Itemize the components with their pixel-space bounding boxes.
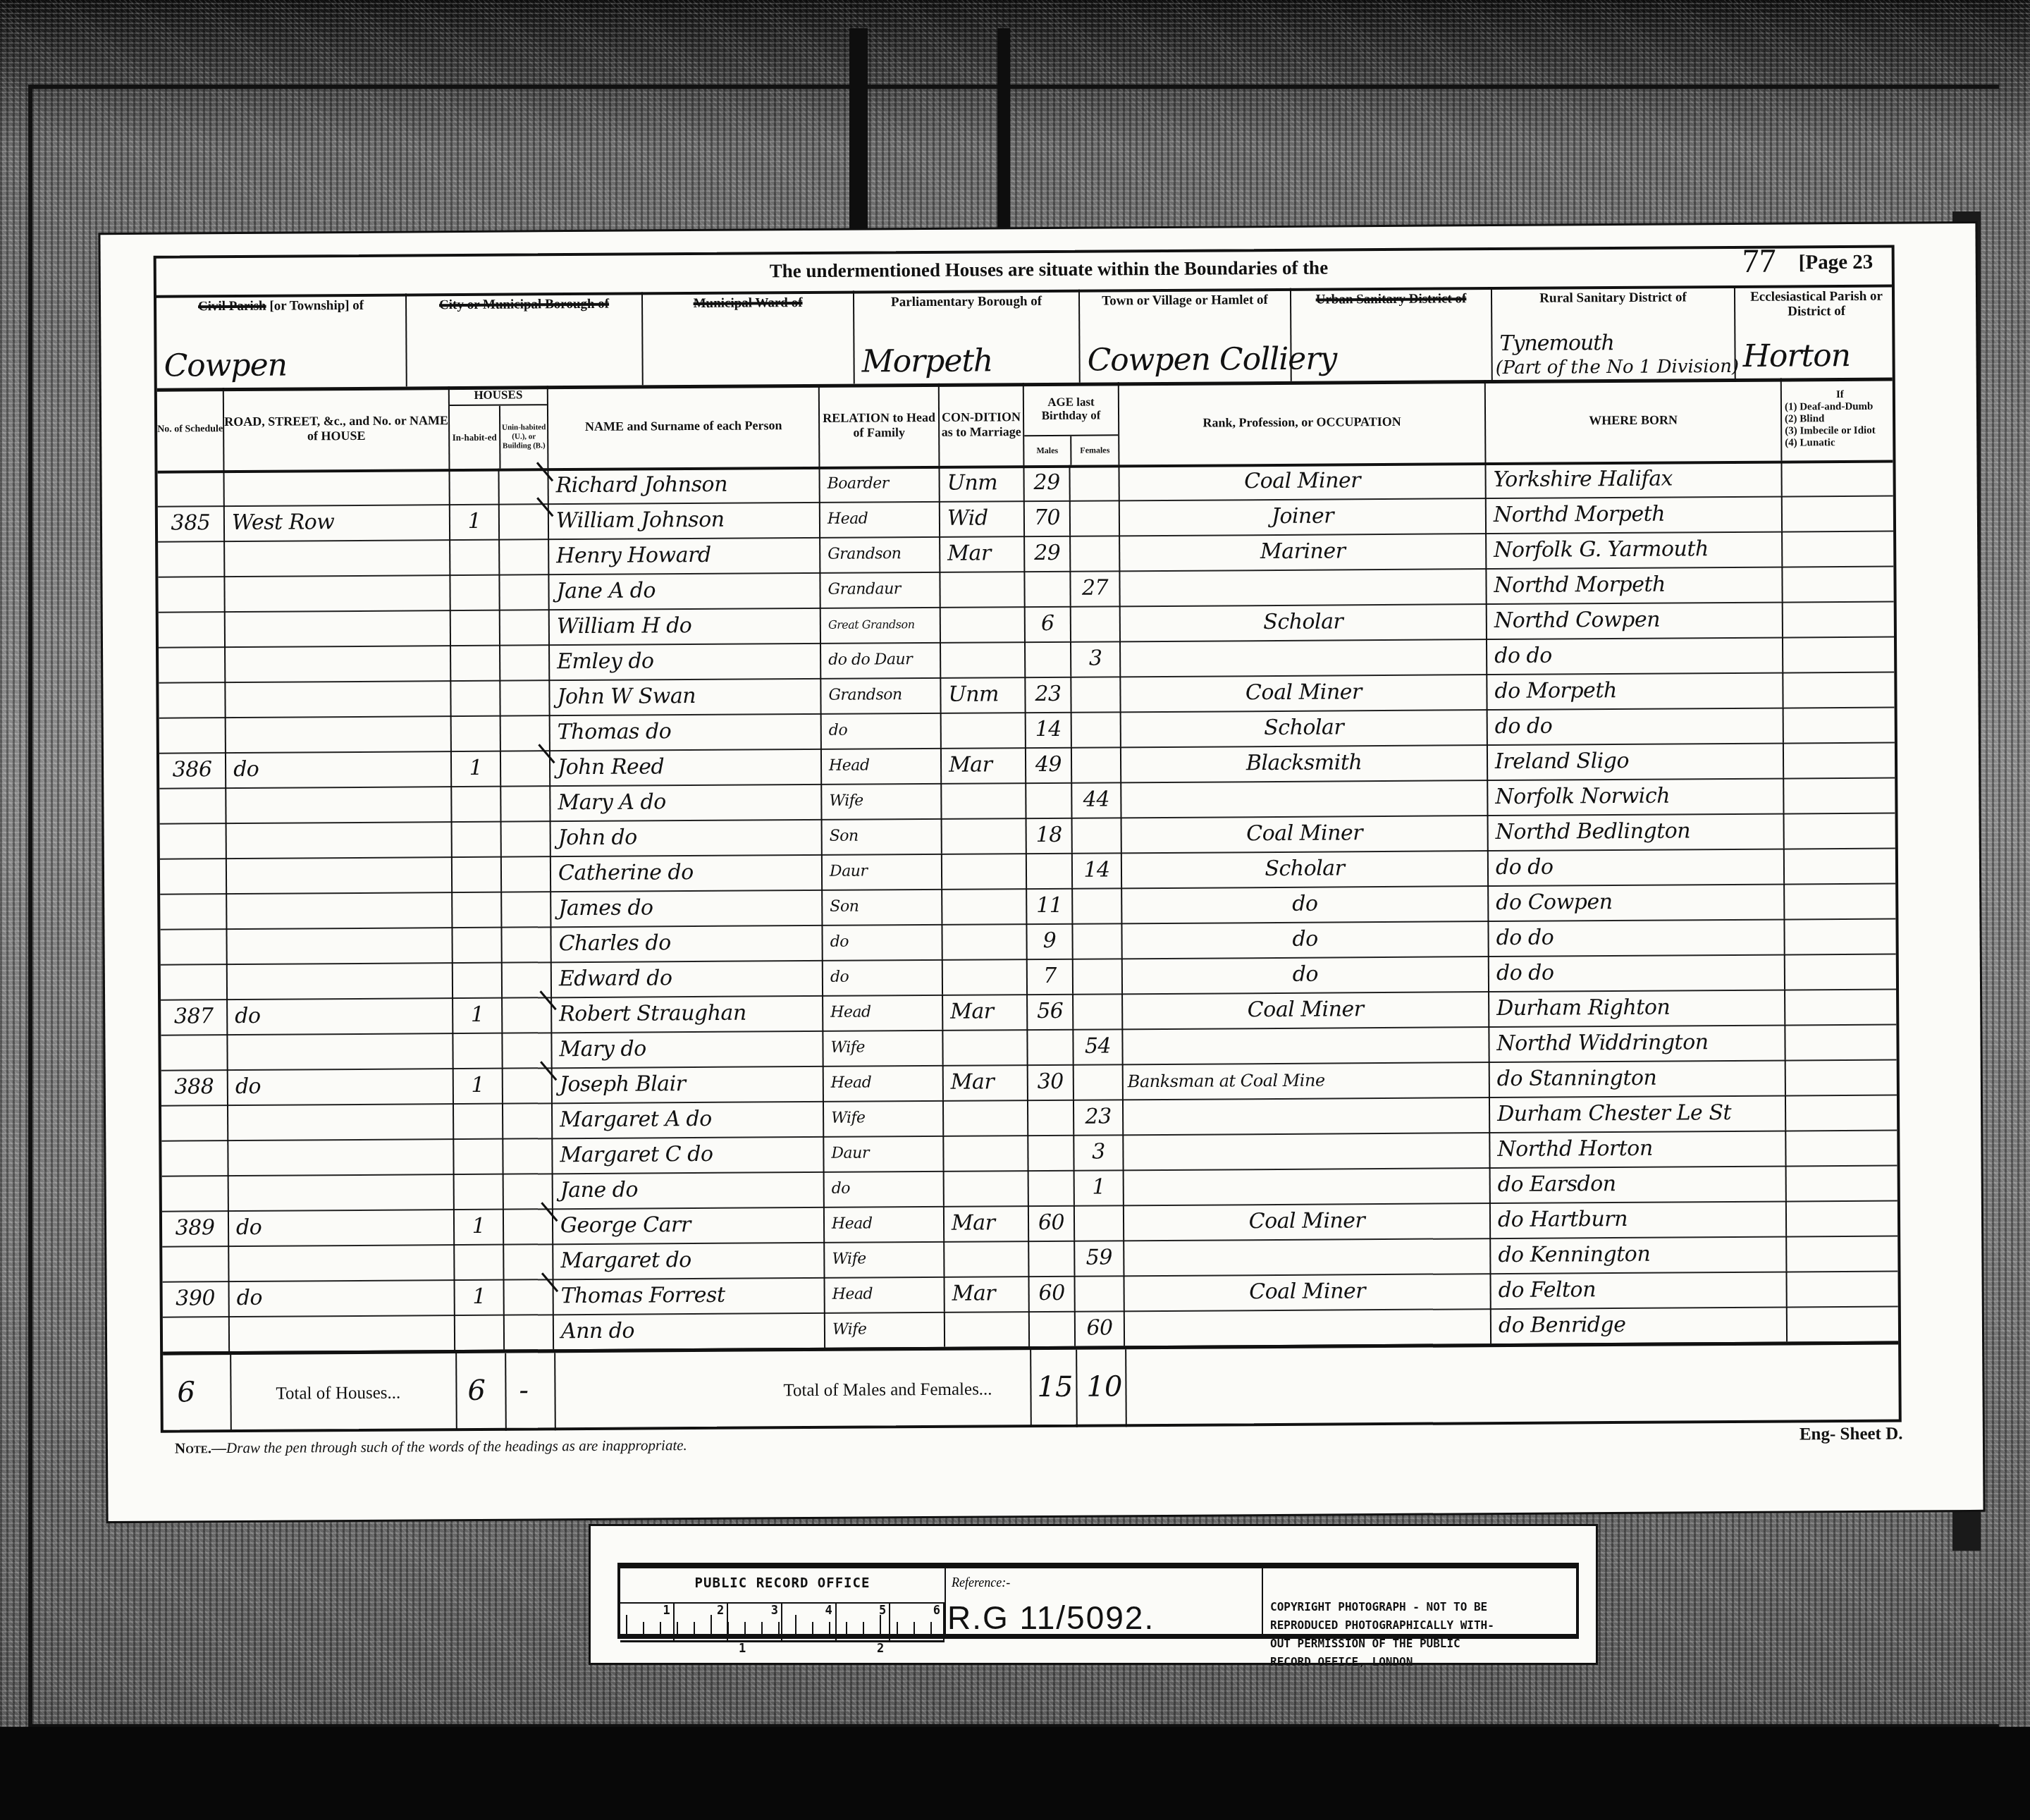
total-males: 15 xyxy=(1037,1371,1073,1403)
house-inhabited xyxy=(453,892,502,927)
scale-tick xyxy=(677,1622,678,1639)
scale-tick xyxy=(727,1622,729,1639)
road-name: do xyxy=(229,1209,455,1246)
copyright-line: COPYRIGHT PHOTOGRAPH - NOT TO BE xyxy=(1270,1598,1494,1616)
road-name xyxy=(227,856,453,893)
schedule-number: 386 xyxy=(159,752,226,788)
schedule-number: 389 xyxy=(162,1210,229,1246)
boundary-value: Morpeth xyxy=(861,343,992,379)
house-inhabited xyxy=(455,1244,504,1279)
birthplace: Northd Morpeth xyxy=(1487,496,1783,534)
house-inhabited xyxy=(452,715,501,751)
header-houses-label: HOUSES xyxy=(474,386,522,404)
relation: Head xyxy=(823,995,943,1031)
header-born: WHERE BORN xyxy=(1486,379,1783,463)
house-uninhabited xyxy=(504,1243,553,1279)
house-uninhabited xyxy=(503,997,552,1032)
note-text: Draw the pen through such of the words o… xyxy=(226,1437,687,1456)
boundary-cell: City or Municipal Borough of xyxy=(407,292,644,386)
birthplace: Northd Horton xyxy=(1490,1131,1786,1168)
infirmity xyxy=(1782,460,1895,496)
marital-condition xyxy=(942,782,1026,818)
male-age xyxy=(1028,1135,1074,1170)
occupation xyxy=(1124,1167,1491,1205)
house-uninhabited xyxy=(501,785,550,820)
occupation: do xyxy=(1123,956,1489,993)
house-inhabited xyxy=(455,1174,504,1209)
house-uninhabited xyxy=(501,715,550,750)
note-prefix: Note.— xyxy=(175,1439,226,1456)
male-age: 11 xyxy=(1027,888,1073,923)
male-age: 29 xyxy=(1025,536,1071,571)
infirmity xyxy=(1783,531,1896,567)
schedule-number xyxy=(159,682,226,718)
schedule-number: 387 xyxy=(161,999,228,1035)
birthplace: do Benridge xyxy=(1491,1307,1788,1344)
house-uninhabited xyxy=(505,1314,554,1349)
road-name xyxy=(227,821,453,858)
road-name: do xyxy=(228,1068,454,1105)
house-uninhabited xyxy=(505,1279,554,1314)
house-inhabited xyxy=(451,610,500,645)
occupation xyxy=(1124,1132,1490,1169)
relation: Great Grandson xyxy=(821,607,941,643)
house-uninhabited xyxy=(502,926,551,961)
birthplace: Norfolk G. Yarmouth xyxy=(1487,531,1783,569)
person-name: Robert Straughan xyxy=(552,995,823,1032)
house-inhabited xyxy=(452,786,501,821)
male-age: 49 xyxy=(1026,747,1072,782)
birthplace: do do xyxy=(1487,637,1783,675)
person-name: Emley do xyxy=(550,643,821,680)
copyright-line: REPRODUCED PHOTOGRAPHICALLY WITH- xyxy=(1270,1616,1494,1635)
male-age: 14 xyxy=(1026,712,1072,747)
header-males: Males xyxy=(1024,436,1071,465)
male-age xyxy=(1028,1100,1074,1135)
female-age xyxy=(1071,500,1120,535)
boundary-label: Parliamentary Borough of xyxy=(854,290,1078,310)
marital-condition xyxy=(941,606,1026,642)
schedule-number xyxy=(162,1246,229,1281)
totals-row: 6 Total of Houses... 6 - Total of Males … xyxy=(163,1341,1899,1433)
male-age: 70 xyxy=(1025,500,1071,536)
birthplace: do Stannington xyxy=(1490,1060,1786,1097)
relation: do xyxy=(825,1171,945,1207)
marital-condition xyxy=(942,888,1027,924)
relation: Daur xyxy=(824,1136,944,1172)
female-age xyxy=(1073,923,1122,958)
house-inhabited xyxy=(453,1033,503,1068)
infirmity xyxy=(1784,707,1897,743)
road-name xyxy=(224,469,450,505)
scale-tick xyxy=(930,1622,932,1639)
house-uninhabited xyxy=(502,820,551,856)
house-inhabited xyxy=(450,539,500,574)
boundaries-row: Civil Parish [or Township] ofCowpenCity … xyxy=(156,285,1893,392)
boundary-cell: Ecclesiastical Parish or District ofHort… xyxy=(1735,285,1898,379)
binding-stripe xyxy=(997,28,1010,233)
house-inhabited xyxy=(450,469,499,504)
female-age xyxy=(1071,676,1121,711)
boundary-cell: Urban Sanitary District of xyxy=(1291,287,1493,381)
copyright-notice: COPYRIGHT PHOTOGRAPH - NOT TO BEREPRODUC… xyxy=(1270,1598,1494,1671)
office-name: PUBLIC RECORD OFFICE xyxy=(620,1575,945,1591)
header-age-label: AGE last Birthday of xyxy=(1024,382,1118,435)
female-age: 54 xyxy=(1074,1028,1123,1064)
header-age: AGE last Birthday of Males Females xyxy=(1024,382,1120,465)
scale-cm-mark: 2 xyxy=(877,1642,884,1656)
female-age xyxy=(1073,817,1122,852)
house-uninhabited xyxy=(503,1032,552,1067)
schedule-number xyxy=(159,717,226,753)
relation: Head xyxy=(820,501,940,537)
marital-condition xyxy=(942,923,1027,959)
scale-tick xyxy=(694,1622,695,1639)
marital-condition xyxy=(945,1241,1029,1277)
birthplace: Norfolk Norwich xyxy=(1488,778,1784,816)
house-uninhabited xyxy=(500,609,550,644)
marital-condition: Mar xyxy=(943,994,1028,1030)
marital-condition xyxy=(942,853,1027,889)
infirmity xyxy=(1785,813,1898,849)
female-age: 44 xyxy=(1072,782,1121,817)
road-name xyxy=(229,1244,455,1281)
house-inhabited xyxy=(454,1138,503,1174)
male-age: 23 xyxy=(1026,677,1071,712)
marital-condition xyxy=(942,818,1027,854)
infirmity xyxy=(1785,848,1898,884)
birthplace: do Kennington xyxy=(1491,1236,1787,1274)
road-name xyxy=(226,715,452,752)
scale-tick xyxy=(863,1622,864,1639)
marital-condition xyxy=(943,1029,1028,1065)
occupation: Scholar xyxy=(1122,850,1489,887)
relation: Wife xyxy=(825,1312,945,1348)
scale-tick xyxy=(795,1615,796,1639)
house-inhabited xyxy=(453,927,502,962)
birthplace: do Earsdon xyxy=(1491,1166,1787,1203)
female-age xyxy=(1074,1064,1124,1099)
schedule-number xyxy=(160,893,227,929)
relation: Boarder xyxy=(820,466,940,502)
infirmity-imbecile: (3) Imbecile or Idiot xyxy=(1785,425,1876,438)
person-name: Ann do xyxy=(554,1312,825,1349)
schedule-number xyxy=(158,541,225,577)
boundary-label: Town or Village or Hamlet of xyxy=(1080,288,1290,309)
occupation: Scholar xyxy=(1121,603,1487,641)
schedule-number: 390 xyxy=(163,1281,230,1317)
header-inhabited: In-habit-ed xyxy=(450,406,501,469)
schedule-number xyxy=(160,823,227,859)
marital-condition xyxy=(945,1170,1029,1206)
male-age xyxy=(1026,782,1072,818)
schedule-number xyxy=(160,858,227,894)
header-name: NAME and Surname of each Person xyxy=(548,384,820,468)
infirmity xyxy=(1785,918,1898,954)
male-age xyxy=(1026,641,1071,677)
female-age xyxy=(1071,605,1121,641)
person-name: John do xyxy=(551,819,823,856)
male-age: 60 xyxy=(1029,1205,1075,1241)
male-age: 18 xyxy=(1027,818,1073,853)
relation: do xyxy=(823,959,943,995)
scale-tick xyxy=(761,1622,763,1639)
page-number: [Page 23 xyxy=(1799,251,1874,275)
boundary-label: Rural Sanitary District of xyxy=(1492,285,1734,306)
female-age xyxy=(1071,535,1120,570)
road-name xyxy=(225,574,450,611)
infirmity-blind: (2) Blind xyxy=(1785,413,1824,425)
road-name xyxy=(225,539,450,576)
boundary-value: Cowpen xyxy=(164,348,287,384)
marital-condition: Wid xyxy=(940,500,1025,536)
occupation: Mariner xyxy=(1120,533,1487,570)
marital-condition: Mar xyxy=(944,1064,1028,1100)
occupation: Joiner xyxy=(1120,498,1487,535)
house-inhabited xyxy=(450,574,500,610)
female-age xyxy=(1072,711,1121,746)
person-name: Joseph Blair xyxy=(553,1066,824,1102)
birthplace: Northd Cowpen xyxy=(1487,602,1783,639)
infirmity xyxy=(1783,566,1896,602)
occupation: Coal Miner xyxy=(1119,462,1486,500)
house-uninhabited xyxy=(503,1067,553,1102)
boundary-value: Tynemouth xyxy=(1499,331,1613,356)
female-age: 3 xyxy=(1071,641,1121,676)
male-age xyxy=(1025,571,1071,606)
house-uninhabited xyxy=(500,644,550,680)
scale-cm-mark: 1 xyxy=(739,1642,746,1656)
scale-tick xyxy=(778,1622,780,1639)
road-name: West Row xyxy=(225,504,450,541)
infirmity xyxy=(1787,1165,1900,1201)
scale-tick xyxy=(744,1622,746,1639)
scale-tick xyxy=(846,1622,847,1639)
person-name: Thomas do xyxy=(550,713,822,750)
road-name xyxy=(230,1315,455,1351)
scale-tick xyxy=(880,1615,881,1639)
relation: Head xyxy=(824,1065,944,1101)
person-name: Jane do xyxy=(553,1172,825,1208)
occupation xyxy=(1121,639,1487,676)
house-uninhabited xyxy=(504,1208,553,1243)
birthplace: do do xyxy=(1489,849,1785,886)
occupation xyxy=(1120,568,1487,605)
male-age: 7 xyxy=(1028,959,1074,994)
house-inhabited xyxy=(453,962,503,997)
relation: Head xyxy=(825,1206,945,1242)
person-name: Henry Howard xyxy=(549,537,820,574)
scale-tick xyxy=(643,1622,644,1639)
male-age xyxy=(1029,1170,1075,1205)
schedule-number xyxy=(163,1316,230,1352)
house-inhabited: 1 xyxy=(453,997,503,1033)
relation: Head xyxy=(822,748,942,784)
infirmity-deaf-dumb: (1) Deaf-and-Dumb xyxy=(1785,401,1874,414)
house-inhabited xyxy=(453,856,502,892)
scale-inches: 123456 xyxy=(620,1602,945,1642)
scale-tick xyxy=(914,1622,915,1639)
schedule-number xyxy=(159,646,226,682)
census-sheet: The undermentioned Houses are situate wi… xyxy=(100,223,1983,1521)
person-name: George Carr xyxy=(553,1207,825,1243)
road-name: do xyxy=(228,997,453,1034)
infirmity xyxy=(1786,1059,1900,1095)
scale-inch-mark: 2 xyxy=(675,1604,729,1640)
relation: do xyxy=(822,713,942,749)
person-name: William H do xyxy=(550,608,821,644)
birthplace: do do xyxy=(1489,919,1785,957)
house-inhabited xyxy=(453,821,502,856)
person-name: Mary do xyxy=(552,1031,823,1067)
infirmity xyxy=(1783,672,1897,708)
house-uninhabited xyxy=(500,574,549,609)
house-uninhabited xyxy=(503,1102,553,1138)
birthplace: Durham Righton xyxy=(1489,990,1785,1027)
schedule-number xyxy=(161,1105,228,1140)
male-age xyxy=(1027,853,1073,888)
occupation xyxy=(1123,1026,1489,1064)
road-name xyxy=(229,1174,455,1210)
marital-condition xyxy=(945,1311,1030,1347)
person-name: James do xyxy=(551,890,823,926)
boundary-label: Civil Parish [or Township] of xyxy=(156,294,405,314)
house-inhabited xyxy=(455,1315,505,1350)
reference-value: R.G 11/5092. xyxy=(947,1599,1155,1637)
person-name: Jane A do xyxy=(549,572,820,609)
header-houses: HOUSES In-habit-ed Unin-habited (U.), or… xyxy=(450,386,549,469)
female-age xyxy=(1070,465,1119,500)
infirmity xyxy=(1783,496,1896,531)
house-uninhabited xyxy=(500,680,550,715)
house-inhabited: 1 xyxy=(455,1209,504,1244)
relation: Wife xyxy=(825,1241,945,1277)
total-houses-uninhabited: - xyxy=(519,1374,529,1406)
schedule-number xyxy=(157,470,224,506)
marital-condition: Unm xyxy=(941,677,1026,713)
marital-condition xyxy=(942,712,1026,748)
infirmity xyxy=(1786,1095,1900,1131)
occupation: do xyxy=(1122,885,1489,923)
scale-tick xyxy=(897,1622,898,1639)
birthplace: do do xyxy=(1488,708,1784,745)
header-females: Females xyxy=(1071,436,1118,465)
house-inhabited: 1 xyxy=(455,1279,505,1315)
scale-tick xyxy=(660,1622,661,1639)
relation: Son xyxy=(823,818,942,854)
person-name: Margaret C do xyxy=(553,1136,824,1173)
infirmity xyxy=(1787,1236,1900,1272)
boundary-label: Municipal Ward of xyxy=(643,291,853,312)
male-age: 60 xyxy=(1029,1276,1075,1311)
female-age xyxy=(1074,958,1123,993)
occupation xyxy=(1124,1238,1491,1275)
folio-number: 77 xyxy=(1742,242,1776,281)
person-name: Margaret A do xyxy=(553,1101,824,1138)
marital-condition: Mar xyxy=(945,1205,1029,1241)
boundary-label: Ecclesiastical Parish or District of xyxy=(1735,285,1897,319)
schedule-number xyxy=(159,787,226,823)
person-name: John W Swan xyxy=(550,678,821,715)
birthplace: do Felton xyxy=(1491,1272,1787,1309)
house-inhabited: 1 xyxy=(450,504,500,539)
road-name xyxy=(228,1033,453,1069)
house-inhabited xyxy=(451,680,500,715)
relation: Wife xyxy=(823,1030,943,1066)
marital-condition: Unm xyxy=(940,465,1024,501)
relation: Son xyxy=(823,889,942,925)
house-uninhabited xyxy=(503,961,552,997)
road-name xyxy=(228,962,453,999)
marital-condition xyxy=(941,641,1026,677)
bottom-shadow xyxy=(0,1727,2030,1820)
birthplace: Ireland Sligo xyxy=(1488,743,1784,780)
scale-inch-mark: 1 xyxy=(620,1604,675,1640)
male-age: 9 xyxy=(1027,923,1073,959)
total-persons-label: Total of Males and Females... xyxy=(783,1379,992,1401)
copyright-line: OUT PERMISSION OF THE PUBLIC xyxy=(1270,1635,1494,1653)
relation: Wife xyxy=(822,783,942,819)
house-inhabited: 1 xyxy=(454,1068,503,1103)
female-age: 14 xyxy=(1073,852,1122,887)
relation: Head xyxy=(825,1277,945,1312)
birthplace: Northd Morpeth xyxy=(1487,567,1783,604)
house-inhabited xyxy=(451,645,500,680)
copyright-box: COPYRIGHT PHOTOGRAPH - NOT TO BEREPRODUC… xyxy=(1262,1568,1576,1634)
person-name: Charles do xyxy=(551,925,823,961)
occupation: Scholar xyxy=(1121,709,1488,746)
birthplace: Durham Chester Le St xyxy=(1490,1095,1786,1133)
male-age: 30 xyxy=(1028,1064,1074,1100)
occupation: Coal Miner xyxy=(1121,674,1487,711)
house-inhabited xyxy=(454,1103,503,1138)
female-age: 23 xyxy=(1074,1099,1124,1134)
person-name: Thomas Forrest xyxy=(554,1277,825,1314)
relation: Wife xyxy=(824,1100,944,1136)
infirmity xyxy=(1784,742,1897,778)
male-age: 6 xyxy=(1026,606,1071,641)
schedule-number xyxy=(159,611,226,647)
infirmity-if: If xyxy=(1836,389,1844,401)
birthplace: Northd Bedlington xyxy=(1489,813,1785,851)
header-schedule: No. of Schedule xyxy=(157,388,225,471)
birthplace: do Morpeth xyxy=(1487,672,1783,710)
infirmity xyxy=(1785,1024,1899,1060)
road-name xyxy=(226,645,451,682)
scale-tick xyxy=(710,1615,712,1639)
reference-box: Reference:- R.G 11/5092. xyxy=(945,1568,1263,1634)
total-houses-inhabited: 6 xyxy=(467,1375,486,1407)
female-age: 3 xyxy=(1074,1134,1124,1169)
scale-ruler: PUBLIC RECORD OFFICE 123456 12 xyxy=(620,1568,946,1634)
relation: Grandson xyxy=(821,677,941,713)
scale-tick xyxy=(829,1622,830,1639)
house-uninhabited xyxy=(501,750,550,785)
birthplace: do Cowpen xyxy=(1489,884,1785,921)
female-age: 1 xyxy=(1075,1169,1124,1205)
schedule-number xyxy=(161,1140,228,1176)
census-form: The undermentioned Houses are situate wi… xyxy=(154,245,1902,1433)
boundary-cell: Town or Village or Hamlet ofCowpen Colli… xyxy=(1080,288,1292,383)
marital-condition xyxy=(943,959,1028,995)
person-name: Margaret do xyxy=(553,1242,825,1279)
road-name xyxy=(226,680,451,717)
house-uninhabited xyxy=(502,891,551,926)
header-infirmity: If (1) Deaf-and-Dumb (2) Blind (3) Imbec… xyxy=(1782,378,1896,461)
house-uninhabited xyxy=(500,503,549,539)
schedule-count-mark: 6 xyxy=(177,1376,195,1408)
road-name: do xyxy=(226,751,452,787)
